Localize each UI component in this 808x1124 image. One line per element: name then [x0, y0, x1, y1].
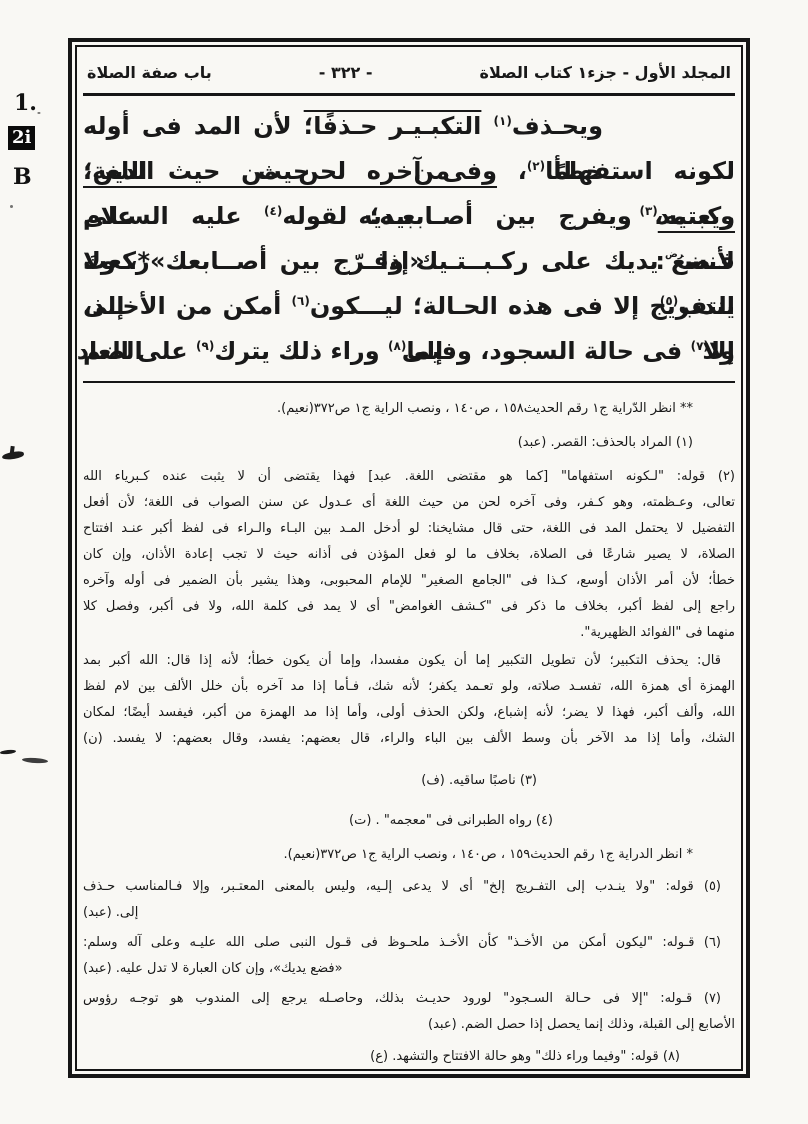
- footnote-line: التفضيل لا يحتمل المد فى اللغة، حتى قال …: [83, 516, 735, 542]
- matn-line: التفريج إلا فى هذه الحـالة؛ ليـــكون(٦) …: [83, 284, 735, 329]
- matn-line: ويحـذف(١) التكبـيـر حـذفًا؛ لأن المد فى …: [83, 104, 735, 149]
- footnote-ref: (١): [494, 114, 512, 128]
- footnote-ref: (٦): [292, 294, 310, 308]
- footnote-line: (٥) قوله: "ولا ينـدب إلى التفـريج إلخ" أ…: [83, 874, 735, 900]
- matn-segment: وراء ذلك يترك: [214, 337, 388, 365]
- ink-smudge: [10, 205, 13, 208]
- footnote-line: * انظر الدراية ج١ رقم الحديث١٥٩ ، ص١٤٠ ،…: [83, 842, 735, 868]
- running-header: المجلد الأول - جزء١ كتاب الصلاة - ٣٢٢ - …: [83, 47, 735, 91]
- matn-segment: لكونه استفهامًا: [545, 157, 735, 185]
- footnote-line: قال: يحذف التكبير؛ لأن تطويل التكبير إما…: [83, 648, 735, 674]
- ink-smudge: [22, 757, 48, 764]
- scanned-book-page: 1. 2i B المجلد الأول - جزء١ كتاب الصلاة …: [0, 0, 808, 1124]
- footnote-entry: ** انظر الدّراية ج١ رقم الحديث١٥٨ ، ص١٤٠…: [83, 396, 735, 422]
- footnote-line: (٢) قوله: "لـكونه استفهاما" [كما هو مقتض…: [83, 464, 735, 490]
- footnote-line: إلى. (عبد): [83, 900, 735, 926]
- matn-segment: [481, 112, 493, 140]
- footnote-entry: قال: يحذف التكبير؛ لأن تطويل التكبير إما…: [83, 648, 735, 752]
- matn-segment: ،: [497, 157, 527, 185]
- header-page-number: - ٣٢٢ -: [319, 63, 373, 82]
- footnote-line: (١) المراد بالحذف: القصر. (عبد): [83, 430, 735, 456]
- matn-segment: إلا: [709, 337, 735, 365]
- footnote-line: تعالى، وعـظمته، وهو كـفر، وفى آخره لحن م…: [83, 490, 735, 516]
- footnote-separator-rule: [83, 381, 735, 384]
- footnote-line: الهمزة أى همزة الله، تفسـد صلاته، ولو تع…: [83, 674, 735, 700]
- margin-mark-b: B: [13, 164, 32, 190]
- footnote-entry: (١) المراد بالحذف: القصر. (عبد): [83, 430, 735, 456]
- footnote-line: ** انظر الدّراية ج١ رقم الحديث١٥٨ ، ص١٤٠…: [83, 396, 735, 422]
- footnote-entry: (٤) رواه الطبرانى فى "معجمه" . (ت): [83, 808, 735, 834]
- footnote-ref: (٨): [388, 339, 406, 353]
- footnote-line: (٧) قـوله: "إلا فى حـالة السـجود" لورود …: [83, 986, 735, 1012]
- footnote-line: «فضع يديك»، وإن كان العبارة لا تدل عليه.…: [83, 956, 735, 982]
- matn-segment: ويحـذف: [512, 112, 603, 140]
- footnote-line: (٨) قوله: "وفيما وراء ذلك" وهو حالة الاف…: [83, 1044, 735, 1070]
- footnote-ref: (٩): [196, 339, 214, 353]
- footnote-line: الصلاة، لا يصير شارعًا فى الصلاة، بخلاف …: [83, 542, 735, 568]
- footnote-entry: (٥) قوله: "ولا ينـدب إلى التفـريج إلخ" أ…: [83, 874, 735, 926]
- footnote-line: منهما فى "الفوائد الظهيرية".: [83, 620, 735, 646]
- matn-segment: على العادة: [75, 337, 196, 365]
- footnote-entry: (٢) قوله: "لـكونه استفهاما" [كما هو مقتض…: [83, 464, 735, 646]
- ink-smudge: [0, 749, 16, 755]
- ink-smudge: [2, 451, 25, 461]
- footnote-line: (٣) ناصبًا ساقيه. (ف): [83, 768, 735, 794]
- matn-segment: التفريج إلا فى هذه الحـالة؛ ليـــكون: [310, 292, 735, 320]
- footnote-entry: (٨) قوله: "وفيما وراء ذلك" وهو حالة الاف…: [83, 1044, 735, 1070]
- matn-line: فـضع يديك على ركـبــتـيك وفـرّج بين أصــ…: [83, 239, 735, 284]
- footnote-line: راجع إلى لفظ أكبر، بخلاف ما ذكر فى "كـشف…: [83, 594, 735, 620]
- matn-line: لكونه استفهامًا(٢)، وفى آخره لحن من حيث …: [83, 149, 735, 194]
- footnote-entry: (٦) قـوله: "ليكون أمكن من الأخـذ" كأن ال…: [83, 930, 735, 982]
- matn-segment: ركبتيه، ويفرج بين أصـابعـه؛ لقوله: [282, 202, 735, 230]
- main-text-block: ويحـذف(١) التكبـيـر حـذفًا؛ لأن المد فى …: [83, 104, 735, 374]
- matn-segment: فى حالة السجود، وفيما: [406, 337, 690, 365]
- footnotes-block: ** انظر الدّراية ج١ رقم الحديث١٥٨ ، ص١٤٠…: [83, 396, 735, 1070]
- margin-mark-2i-stamp: 2i: [8, 126, 35, 150]
- footnote-line: (٦) قـوله: "ليكون أمكن من الأخـذ" كأن ال…: [83, 930, 735, 956]
- footnote-line: الله، وألف أكبر، فهذا لا يضر؛ لأنه إشباع…: [83, 700, 735, 726]
- footnote-entry: * انظر الدراية ج١ رقم الحديث١٥٩ ، ص١٤٠ ،…: [83, 842, 735, 868]
- footnote-ref: (٢): [527, 159, 545, 173]
- margin-mark-1: 1.: [14, 90, 41, 119]
- page-frame-inner: المجلد الأول - جزء١ كتاب الصلاة - ٣٢٢ - …: [75, 45, 743, 1071]
- footnote-line: (٤) رواه الطبرانى فى "معجمه" . (ت): [83, 808, 735, 834]
- page-frame: المجلد الأول - جزء١ كتاب الصلاة - ٣٢٢ - …: [68, 38, 750, 1078]
- footnote-entry: (٧) قـوله: "إلا فى حـالة السـجود" لورود …: [83, 986, 735, 1038]
- footnote-ref: (٤): [264, 204, 282, 218]
- footnote-line: الأصابع إلى القبلة، وذلك إنما يحصل إذا ح…: [83, 1012, 735, 1038]
- footnote-line: خطأ؛ لأن أمر الأذان أوسع، كـذا فى "الجام…: [83, 568, 735, 594]
- footnote-entry: (٣) ناصبًا ساقيه. (ف): [83, 768, 735, 794]
- matn-line: ركبتيه، ويفرج بين أصـابعـه؛ لقوله(٤) علي…: [83, 194, 735, 239]
- matn-segment: التكبـيـر حـذفًا؛: [304, 112, 482, 140]
- footnote-ref: (٧): [691, 339, 709, 353]
- header-chapter-title: باب صفة الصلاة: [87, 63, 212, 82]
- header-volume-title: المجلد الأول - جزء١ كتاب الصلاة: [480, 63, 731, 82]
- matn-line: إلا(٧) فى حالة السجود، وفيما(٨) وراء ذلك…: [83, 329, 735, 374]
- footnote-line: الشك، وأما إذا مد الآخر بأن وسط الألف بي…: [83, 726, 735, 752]
- header-rule: [83, 93, 735, 96]
